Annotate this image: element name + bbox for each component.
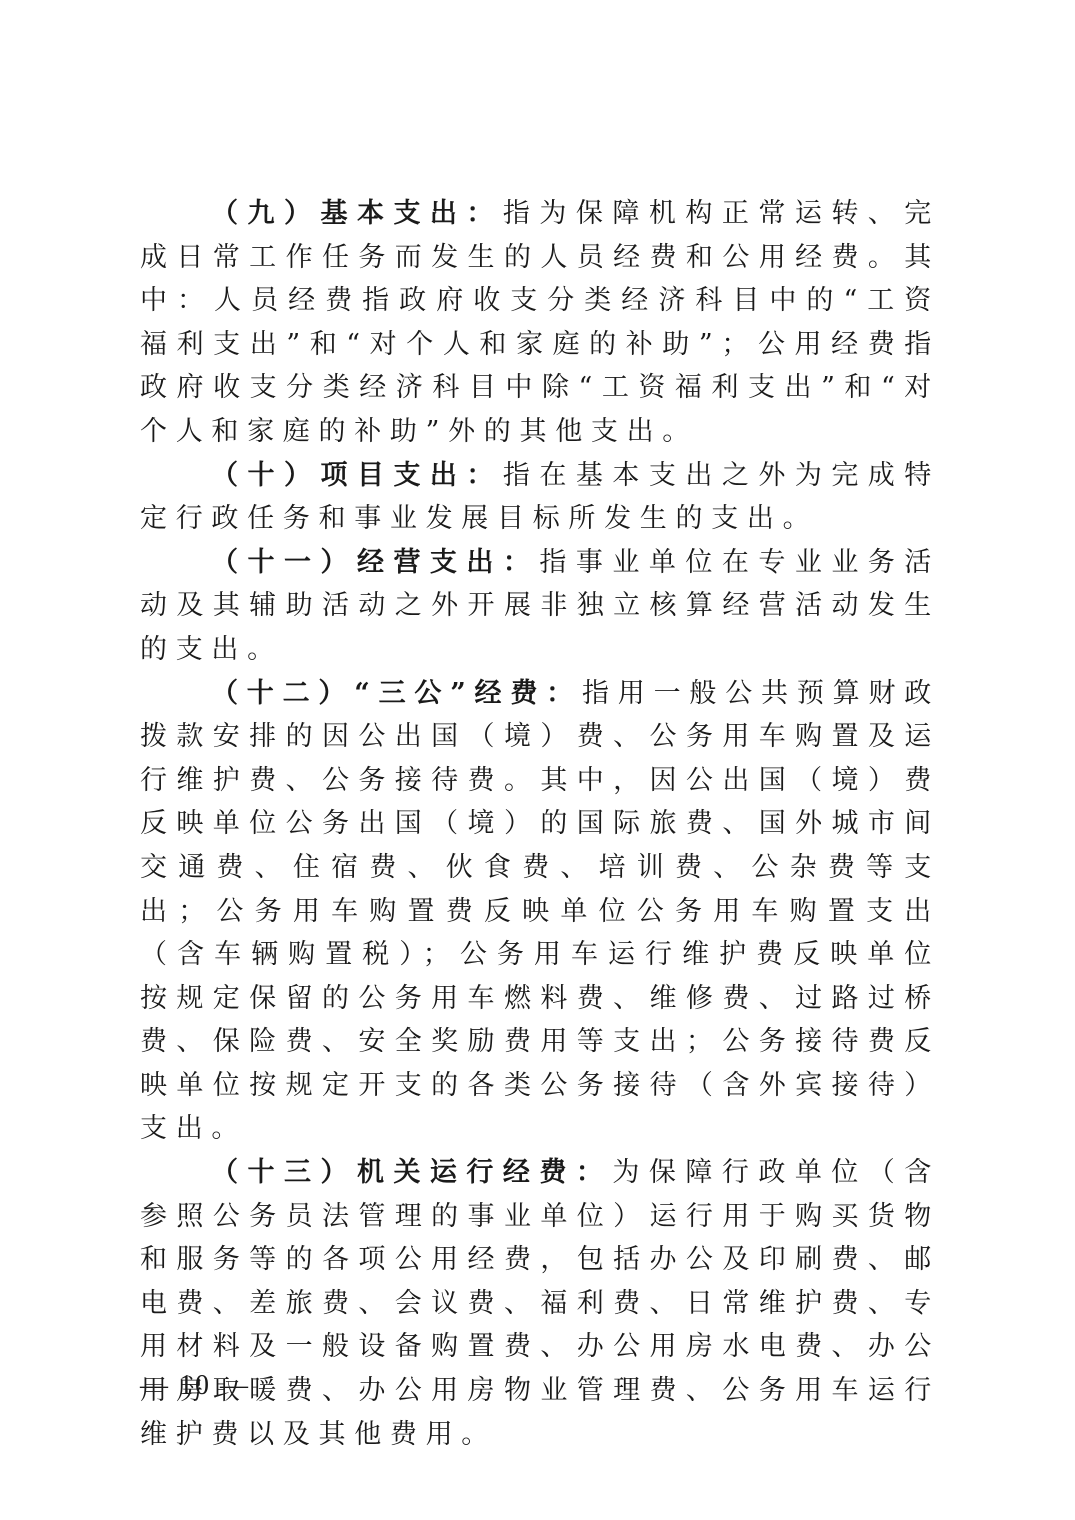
definition-heading: （十三）机关运行经费： [211,1157,612,1188]
definition-heading: （十二）“三公”经费： [211,678,582,709]
definition-text: 指用一般公共预算财政拨款安排的因公出国（境）费、公务用车购置及运行维护费、公务接… [140,678,940,1145]
definition-paragraph-agency-operating-funds: （十三）机关运行经费：为保障行政单位（含参照公务员法管理的事业单位）运行用于购买… [140,1151,940,1456]
document-page-body: （九）基本支出：指为保障机构正常运转、完成日常工作任务而发生的人员经费和公用经费… [140,192,940,1456]
definition-heading: （十一）经营支出： [211,547,539,578]
definition-text: 指为保障机构正常运转、完成日常工作任务而发生的人员经费和公用经费。其中：人员经费… [140,198,940,447]
definition-heading: （九）基本支出： [211,198,503,229]
definition-paragraph-basic-expenditure: （九）基本支出：指为保障机构正常运转、完成日常工作任务而发生的人员经费和公用经费… [140,192,940,454]
page-number: — 10 — [140,1370,250,1402]
definition-text: 为保障行政单位（含参照公务员法管理的事业单位）运行用于购买货物和服务等的各项公用… [140,1157,940,1450]
definition-paragraph-three-public-expenses: （十二）“三公”经费：指用一般公共预算财政拨款安排的因公出国（境）费、公务用车购… [140,672,940,1152]
definition-heading: （十）项目支出： [211,460,503,491]
definition-paragraph-operating-expenditure: （十一）经营支出：指事业单位在专业业务活动及其辅助活动之外开展非独立核算经营活动… [140,541,940,672]
definition-paragraph-project-expenditure: （十）项目支出：指在基本支出之外为完成特定行政任务和事业发展目标所发生的支出。 [140,454,940,541]
